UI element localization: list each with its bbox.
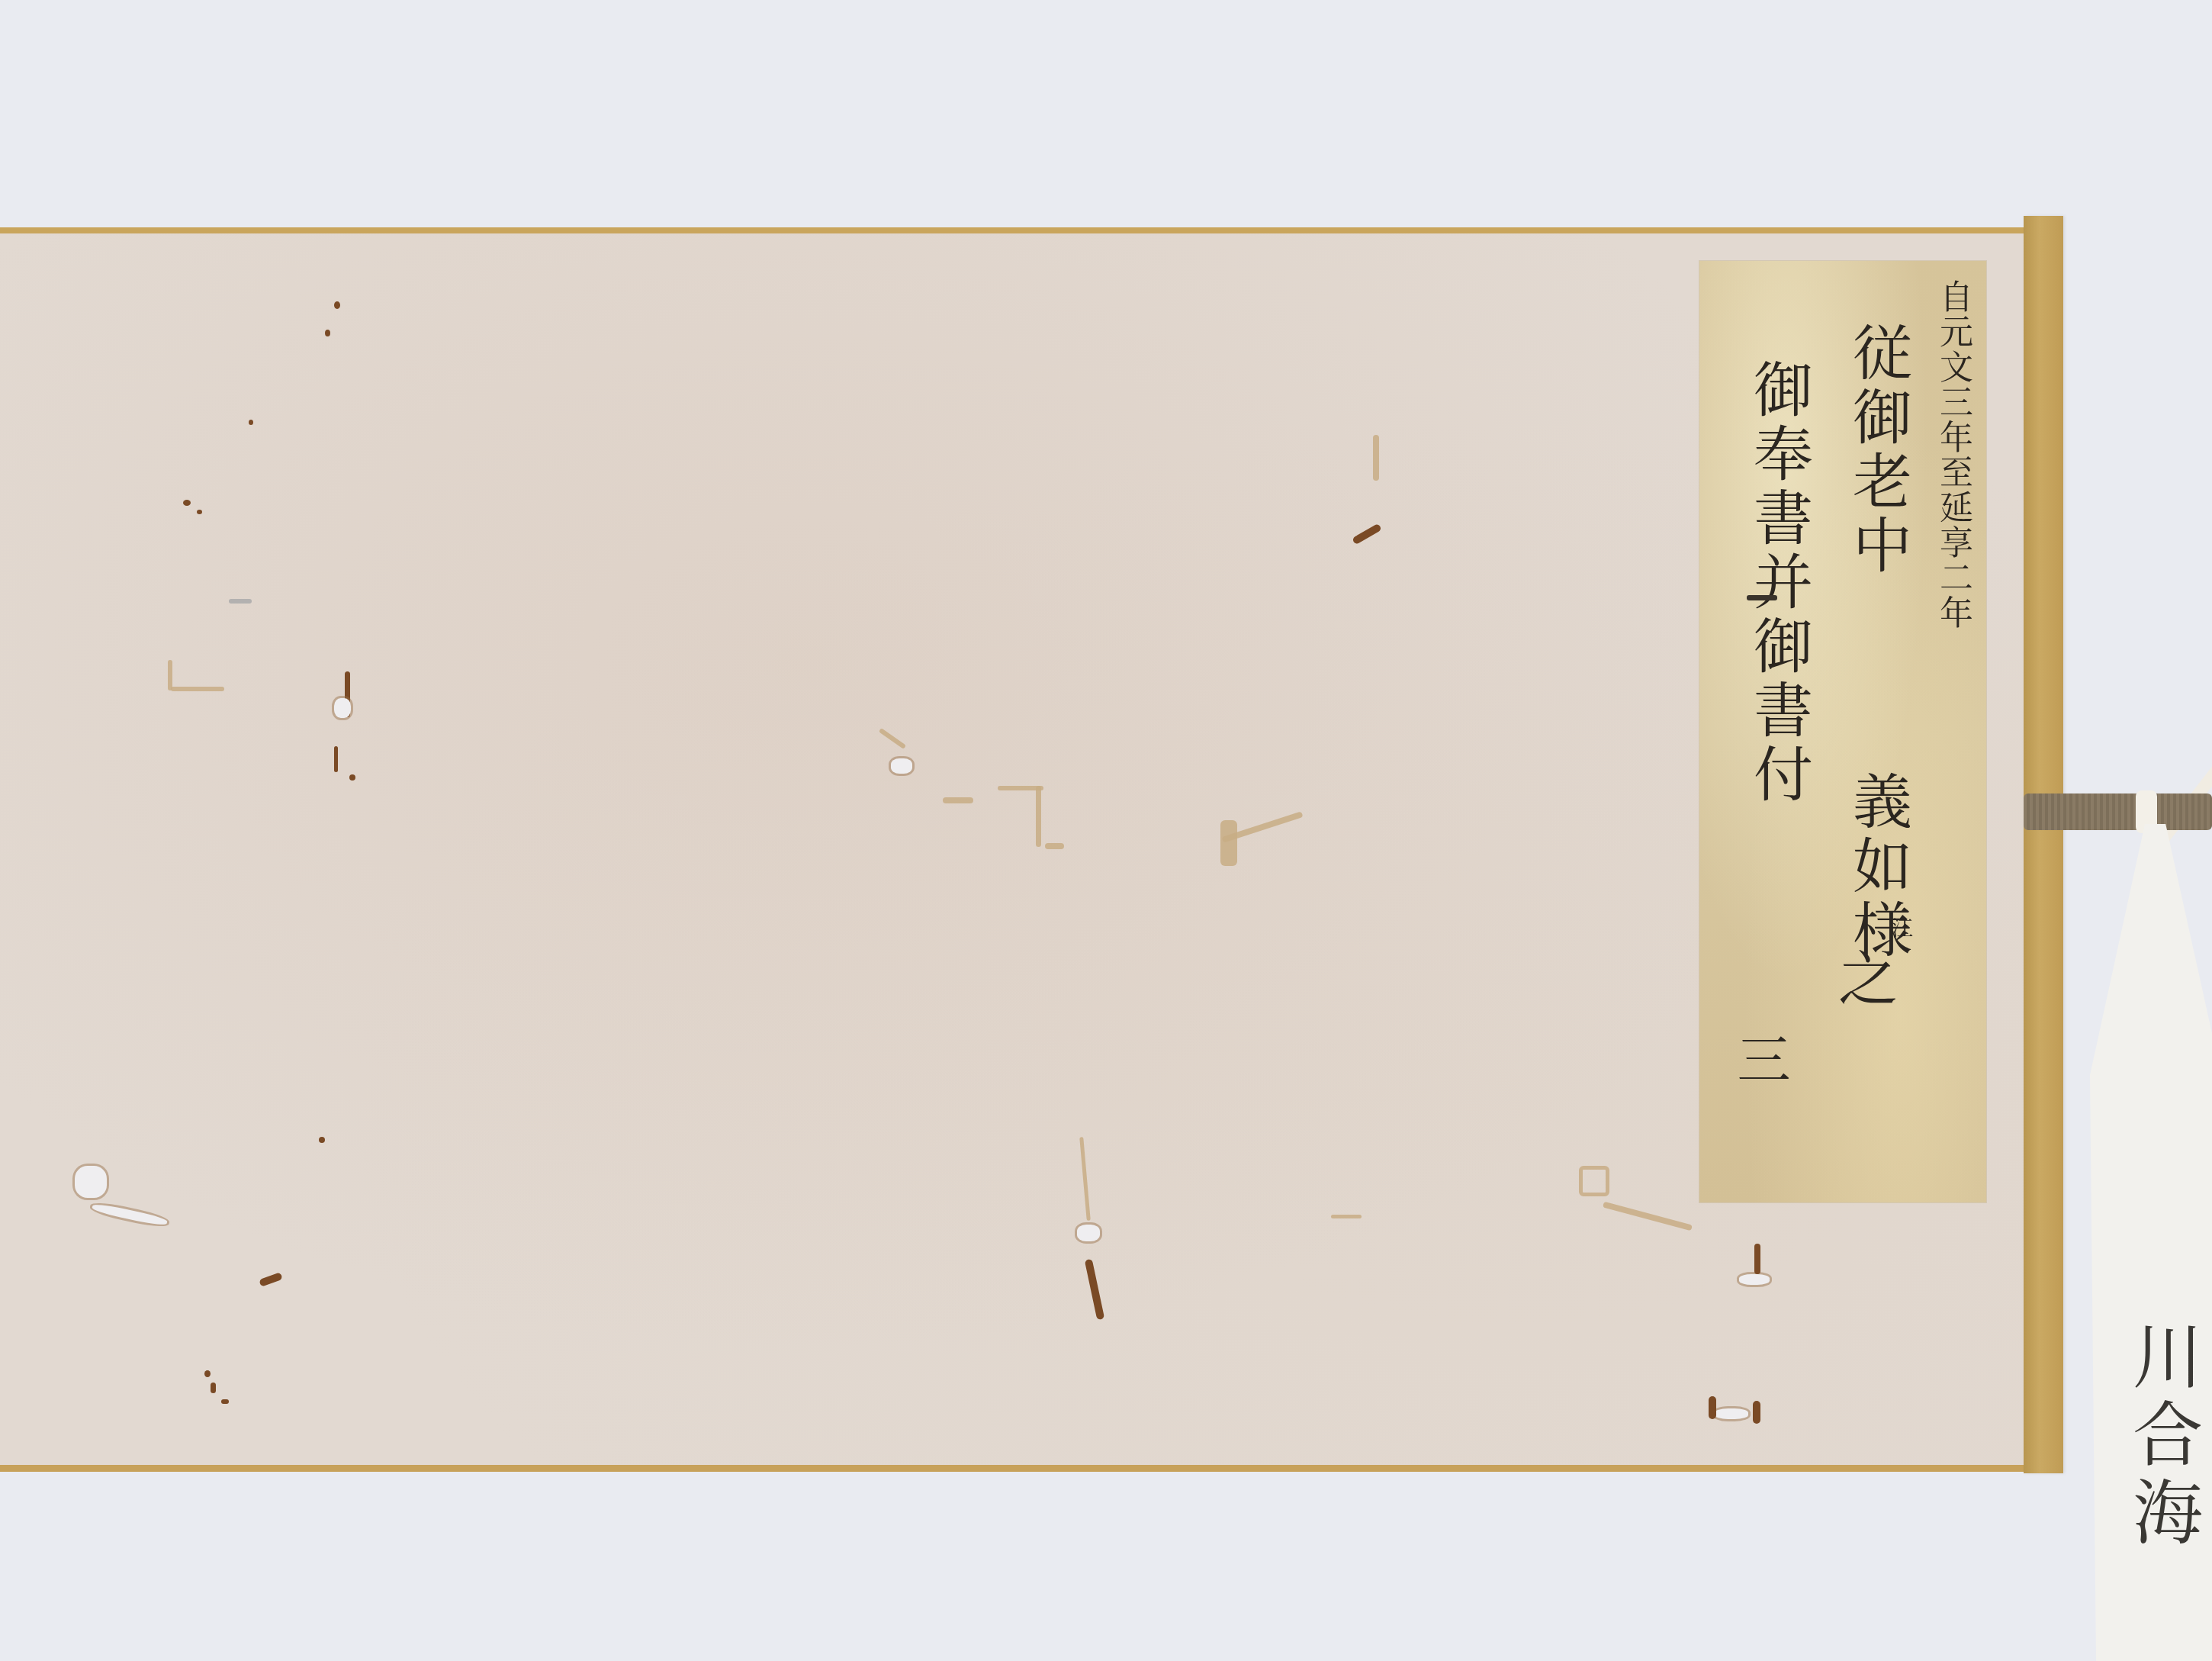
label-subtitle: 御奉書并御書付 xyxy=(1748,359,1808,807)
scroll-roller-border xyxy=(2024,216,2063,1473)
title-label: 自元文三年至延享二年 従御老中 義如様 江 之 御奉書并御書付 三 xyxy=(1699,261,1986,1202)
label-date-range: 自元文三年至延享二年 xyxy=(1936,279,1969,630)
scroll-tie-cord xyxy=(2024,793,2212,830)
label-volume-number: 三 xyxy=(1722,1032,1799,1085)
paper-tag-text: 川合海 xyxy=(2111,1320,2212,1553)
label-mark xyxy=(1747,595,1777,600)
label-note: 江 xyxy=(1886,917,1916,938)
label-particle: 之 xyxy=(1820,948,1905,1007)
scroll-top-edge xyxy=(0,227,2033,233)
label-main-title: 従御老中 義如様 xyxy=(1847,322,1907,963)
label-main-title-upper: 従御老中 xyxy=(1843,322,1911,578)
scroll-bottom-edge xyxy=(0,1465,2033,1472)
